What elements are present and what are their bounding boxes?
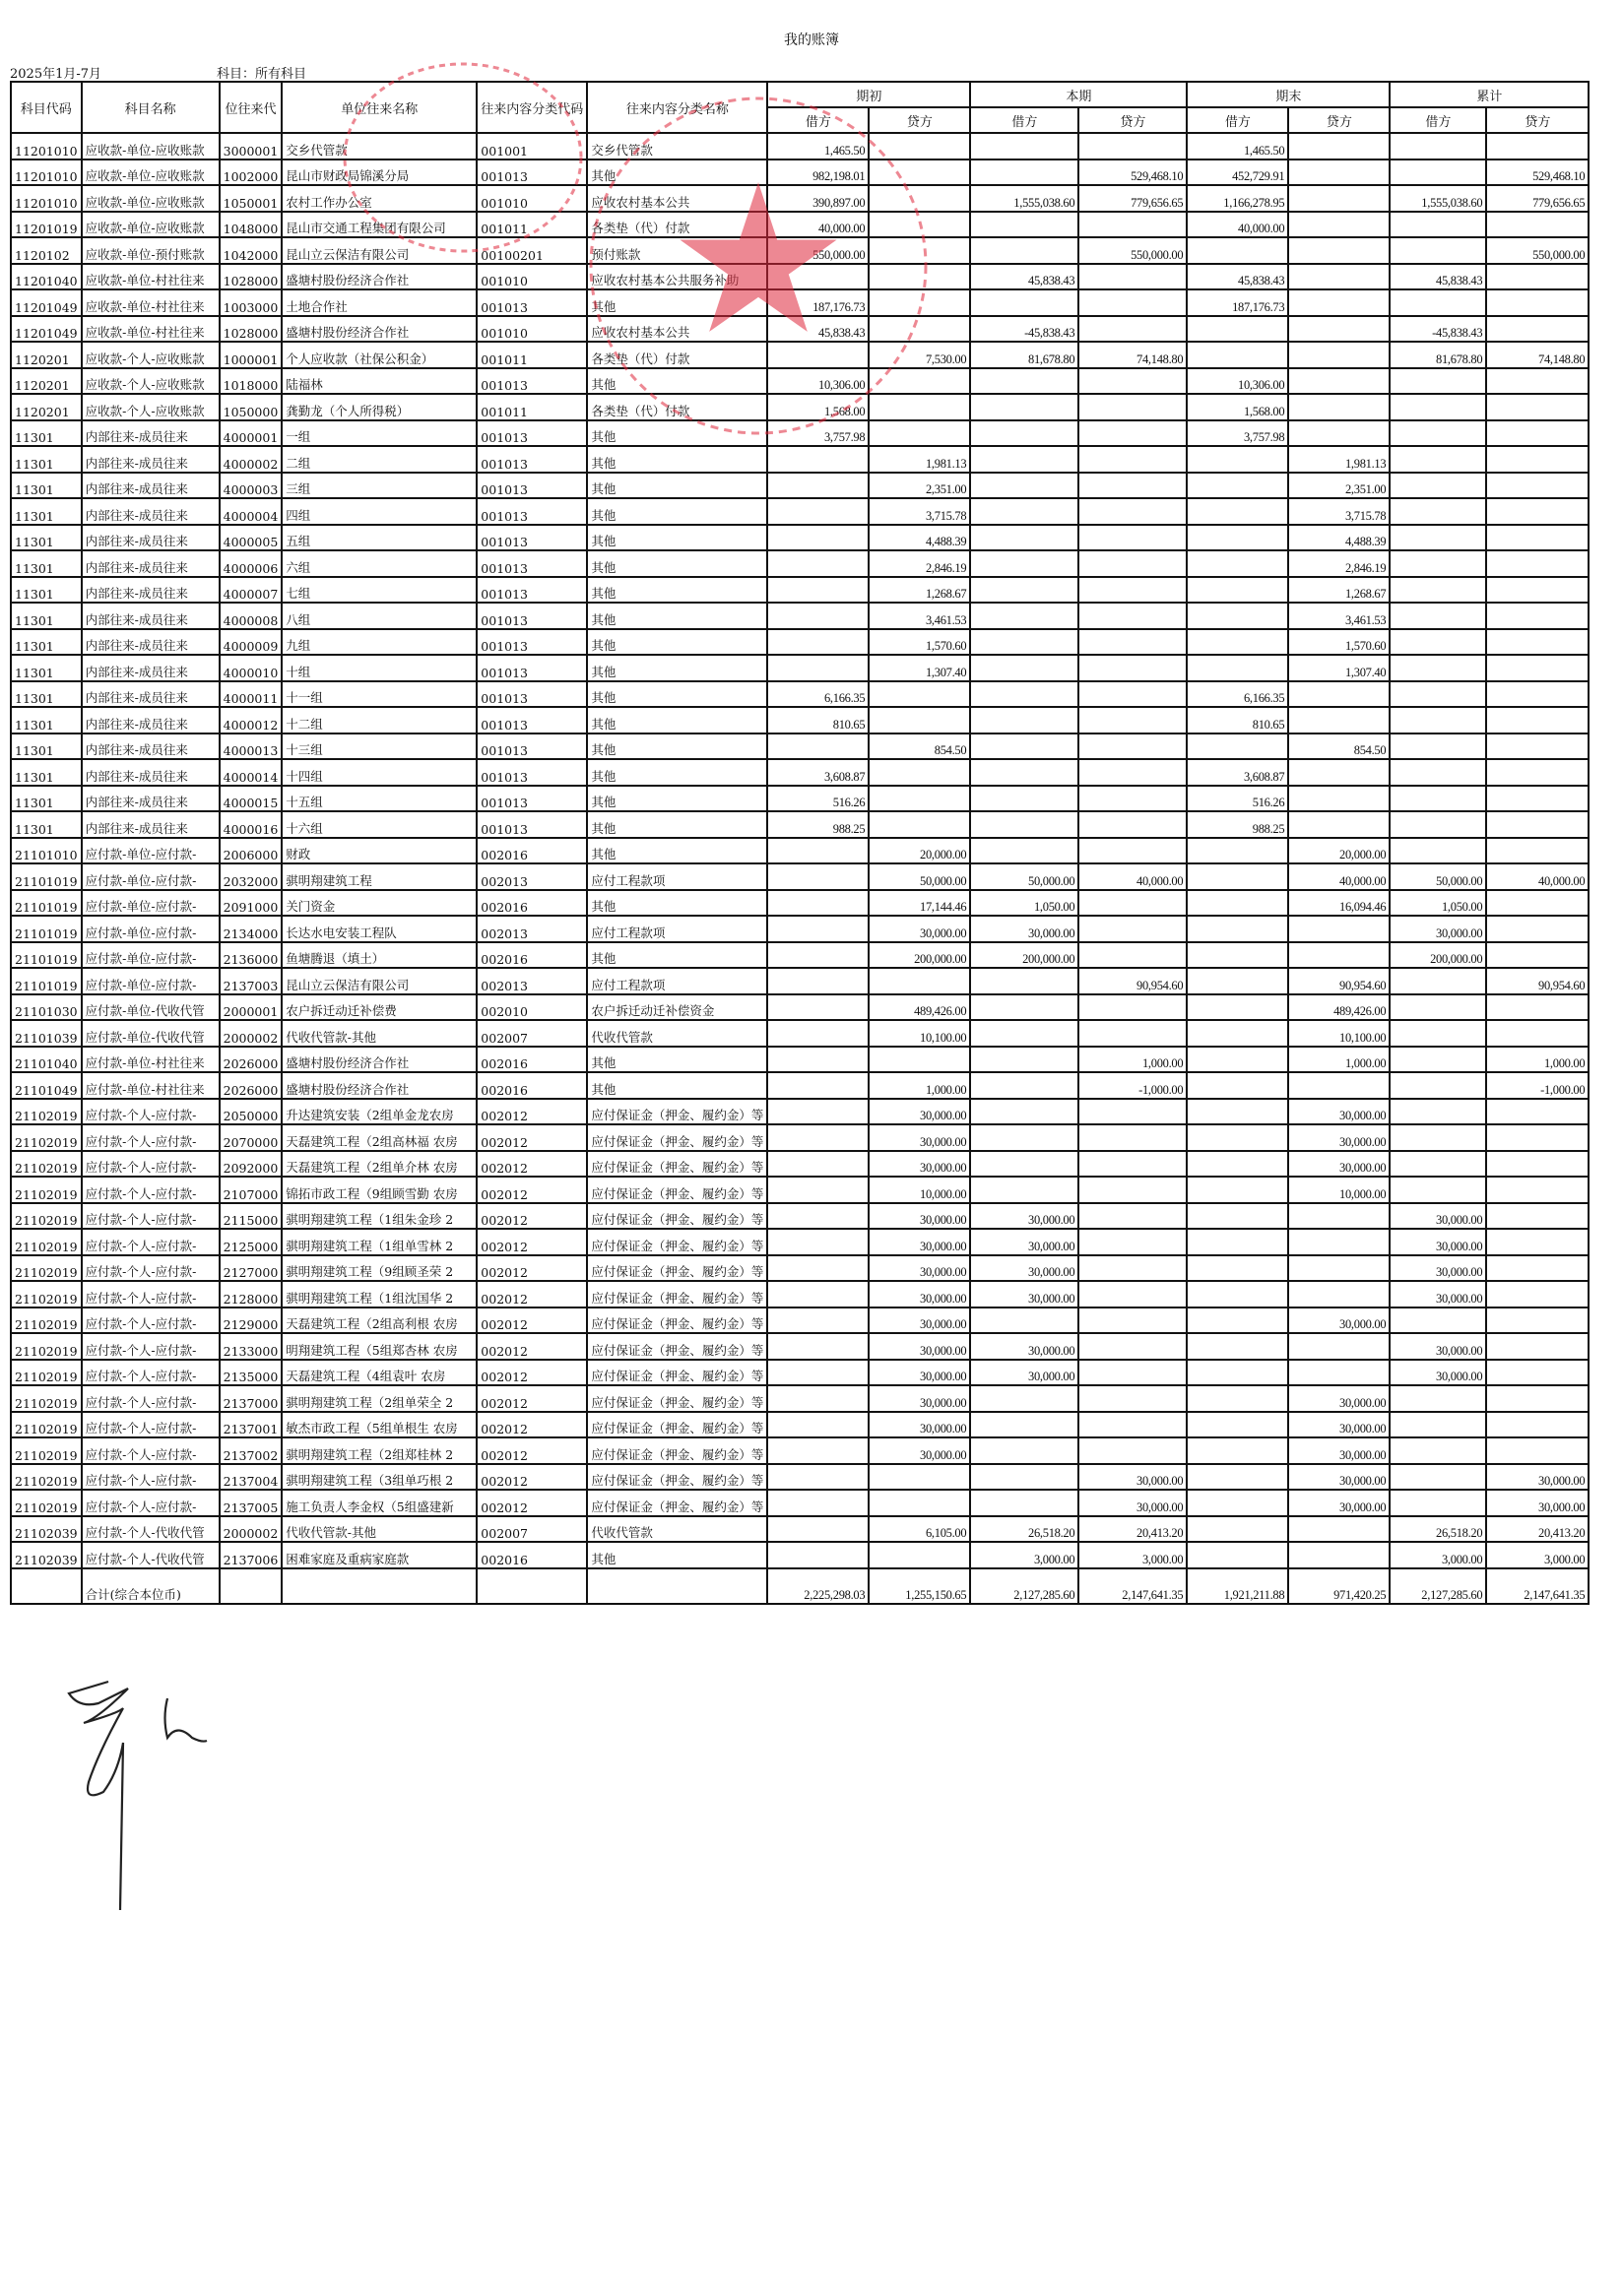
cell-code: 21101010 bbox=[11, 838, 82, 864]
table-row: 21102019应付款-个人-应付款-2137005施工负责人李金权（5组盛建新… bbox=[11, 1490, 1589, 1516]
cell-cat-code: 001013 bbox=[477, 550, 587, 577]
cell-amount bbox=[970, 550, 1078, 577]
cell-amount bbox=[970, 1020, 1078, 1047]
cell-amount: 3,461.53 bbox=[869, 603, 970, 629]
cell-name: 应收款-个人-应收账款 bbox=[82, 368, 220, 395]
cell-amount bbox=[1486, 786, 1589, 812]
cell-unit-name: 明翔建筑工程（5组郑杏林 农房 bbox=[282, 1333, 477, 1360]
cell-amount bbox=[1486, 1124, 1589, 1151]
cell-code: 21102019 bbox=[11, 1281, 82, 1307]
cell-unit-code: 2000002 bbox=[220, 1020, 283, 1047]
cell-cat-name: 其他 bbox=[587, 707, 767, 733]
cell-amount bbox=[1078, 759, 1187, 786]
cell-amount bbox=[1390, 1177, 1486, 1203]
cell-amount bbox=[1078, 1229, 1187, 1255]
cell-amount: 529,468.10 bbox=[1486, 159, 1589, 186]
cell-amount bbox=[970, 1151, 1078, 1178]
table-row: 11201010应收款-单位-应收账款1002000昆山市财政局锦溪分局0010… bbox=[11, 159, 1589, 186]
cell-amount: 74,148.80 bbox=[1078, 342, 1187, 368]
cell-amount bbox=[1486, 994, 1589, 1021]
cell-cat-code: 001013 bbox=[477, 577, 587, 604]
cell-amount bbox=[1288, 1516, 1390, 1543]
cell-amount: 30,000.00 bbox=[1078, 1464, 1187, 1491]
cell-amount bbox=[1078, 473, 1187, 499]
cell-name: 内部往来-成员往来 bbox=[82, 420, 220, 447]
cell-amount bbox=[1078, 733, 1187, 760]
cell-code: 21102019 bbox=[11, 1151, 82, 1178]
cell-cat-code: 001011 bbox=[477, 342, 587, 368]
cell-amount: 30,000.00 bbox=[1390, 1229, 1486, 1255]
cell-amount bbox=[1486, 473, 1589, 499]
cell-cat-name: 其他 bbox=[587, 655, 767, 681]
cell-amount bbox=[1486, 1020, 1589, 1047]
cell-amount bbox=[1187, 1177, 1288, 1203]
cell-amount bbox=[1486, 446, 1589, 473]
cell-amount: 30,000.00 bbox=[1078, 1490, 1187, 1516]
cell-amount bbox=[1486, 212, 1589, 238]
cell-amount bbox=[767, 1360, 869, 1386]
cell-amount bbox=[1486, 1307, 1589, 1334]
cell-unit-code: 1000001 bbox=[220, 342, 283, 368]
cell-cat-name: 其他 bbox=[587, 1542, 767, 1568]
cell-code: 11301 bbox=[11, 786, 82, 812]
cell-code: 21101019 bbox=[11, 863, 82, 890]
cell-amount: 1,000.00 bbox=[1486, 1047, 1589, 1073]
cell-cat-code: 002012 bbox=[477, 1412, 587, 1438]
cell-amount: 30,000.00 bbox=[970, 1255, 1078, 1282]
cell-unit-code: 4000006 bbox=[220, 550, 283, 577]
cell-amount bbox=[1390, 289, 1486, 316]
cell-amount bbox=[1078, 629, 1187, 656]
cell-unit-code: 1050001 bbox=[220, 185, 283, 212]
cell-amount bbox=[1390, 1307, 1486, 1334]
cell-amount bbox=[1288, 1072, 1390, 1099]
cell-name: 应付款-单位-村社往来 bbox=[82, 1047, 220, 1073]
col-code: 科目代码 bbox=[11, 82, 82, 133]
cell-amount: 1,568.00 bbox=[767, 394, 869, 420]
cell-cat-name: 应付保证金（押金、履约金）等 bbox=[587, 1099, 767, 1125]
cell-cat-code: 002016 bbox=[477, 1542, 587, 1568]
cell-code: 11301 bbox=[11, 525, 82, 551]
cell-unit-name: 盛塘村股份经济合作社 bbox=[282, 264, 477, 290]
cell-amount bbox=[1486, 681, 1589, 708]
cell-amount bbox=[970, 707, 1078, 733]
cell-amount bbox=[1078, 1020, 1187, 1047]
cell-amount bbox=[1486, 838, 1589, 864]
cell-amount: 1,307.40 bbox=[869, 655, 970, 681]
cell-code: 11301 bbox=[11, 420, 82, 447]
cell-amount: 30,000.00 bbox=[869, 1281, 970, 1307]
cell-amount: 30,000.00 bbox=[1288, 1412, 1390, 1438]
table-row: 21101019应付款-单位-应付款-2032000骐明翔建筑工程002013应… bbox=[11, 863, 1589, 890]
cell-code: 11301 bbox=[11, 603, 82, 629]
cell-code: 11301 bbox=[11, 681, 82, 708]
cell-name: 内部往来-成员往来 bbox=[82, 577, 220, 604]
cell-unit-code: 1050000 bbox=[220, 394, 283, 420]
cell-amount: 20,413.20 bbox=[1078, 1516, 1187, 1543]
cell-name: 应付款-个人-应付款- bbox=[82, 1412, 220, 1438]
cell-amount: 30,000.00 bbox=[970, 1360, 1078, 1386]
cell-cat-code: 001013 bbox=[477, 473, 587, 499]
cell-cat-code: 001013 bbox=[477, 707, 587, 733]
cell-amount bbox=[767, 473, 869, 499]
cell-name: 内部往来-成员往来 bbox=[82, 759, 220, 786]
cell-amount: 200,000.00 bbox=[970, 942, 1078, 969]
cell-cat-name: 应付保证金（押金、履约金）等 bbox=[587, 1151, 767, 1178]
cell-cat-code: 002016 bbox=[477, 1072, 587, 1099]
cell-amount bbox=[1390, 498, 1486, 525]
cell-amount: 30,000.00 bbox=[869, 1360, 970, 1386]
cell-amount: 982,198.01 bbox=[767, 159, 869, 186]
cell-name: 应付款-个人-应付款- bbox=[82, 1203, 220, 1230]
cell-amount bbox=[767, 1333, 869, 1360]
table-row: 1120102应收款-单位-预付账款1042000昆山立云保洁有限公司00100… bbox=[11, 237, 1589, 264]
cell-amount: 529,468.10 bbox=[1078, 159, 1187, 186]
cell-amount bbox=[1288, 1203, 1390, 1230]
cell-cat-name: 应付保证金（押金、履约金）等 bbox=[587, 1385, 767, 1412]
cell-cat-name: 各类垫（代）付款 bbox=[587, 212, 767, 238]
cell-amount bbox=[767, 1542, 869, 1568]
cell-amount: 779,656.65 bbox=[1486, 185, 1589, 212]
cell-amount bbox=[1288, 681, 1390, 708]
table-row: 11201010应收款-单位-应收账款1050001农村工作办公室001010应… bbox=[11, 185, 1589, 212]
cell-amount bbox=[1078, 603, 1187, 629]
cell-amount bbox=[1078, 1360, 1187, 1386]
cell-code: 21101049 bbox=[11, 1072, 82, 1099]
cell-amount bbox=[1288, 916, 1390, 942]
cell-unit-code: 2115000 bbox=[220, 1203, 283, 1230]
cell-amount bbox=[767, 968, 869, 994]
total-empty-cell bbox=[477, 1568, 587, 1604]
cell-unit-code: 2137005 bbox=[220, 1490, 283, 1516]
cell-amount bbox=[767, 1464, 869, 1491]
period-label: 2025年1月-7月 bbox=[10, 63, 101, 82]
cell-unit-code: 2000001 bbox=[220, 994, 283, 1021]
cell-unit-code: 1018000 bbox=[220, 368, 283, 395]
cell-cat-name: 其他 bbox=[587, 420, 767, 447]
cell-amount bbox=[1486, 550, 1589, 577]
table-row: 21102019应付款-个人-应付款-2137000骐明翔建筑工程（2组单荣全 … bbox=[11, 1385, 1589, 1412]
cell-amount: 10,100.00 bbox=[1288, 1020, 1390, 1047]
cell-amount bbox=[1390, 1385, 1486, 1412]
cell-amount: 40,000.00 bbox=[1288, 863, 1390, 890]
cell-amount bbox=[1187, 1203, 1288, 1230]
cell-amount bbox=[1390, 446, 1486, 473]
cell-amount: 40,000.00 bbox=[1486, 863, 1589, 890]
cell-cat-code: 002012 bbox=[477, 1437, 587, 1464]
cell-amount bbox=[1486, 707, 1589, 733]
cell-amount bbox=[1288, 1542, 1390, 1568]
cell-unit-code: 4000004 bbox=[220, 498, 283, 525]
cell-amount bbox=[1486, 916, 1589, 942]
cell-amount bbox=[869, 316, 970, 343]
table-row: 1120201应收款-个人-应收账款1000001个人应收款（社保公积金）001… bbox=[11, 342, 1589, 368]
cell-amount bbox=[1078, 786, 1187, 812]
cell-amount bbox=[1486, 1151, 1589, 1178]
cell-amount: 988.25 bbox=[1187, 811, 1288, 838]
cell-cat-name: 其他 bbox=[587, 603, 767, 629]
cell-amount bbox=[970, 603, 1078, 629]
cell-amount bbox=[1486, 394, 1589, 420]
cell-amount bbox=[1486, 498, 1589, 525]
cell-amount: 489,426.00 bbox=[869, 994, 970, 1021]
cell-unit-name: 盛塘村股份经济合作社 bbox=[282, 1047, 477, 1073]
cell-name: 内部往来-成员往来 bbox=[82, 446, 220, 473]
cell-cat-code: 002012 bbox=[477, 1464, 587, 1491]
col-credit: 贷方 bbox=[1486, 107, 1589, 133]
cell-amount: 516.26 bbox=[767, 786, 869, 812]
cell-amount bbox=[869, 1047, 970, 1073]
cell-amount bbox=[1187, 994, 1288, 1021]
cell-amount bbox=[1078, 681, 1187, 708]
cell-amount bbox=[1390, 159, 1486, 186]
cell-amount: 2,846.19 bbox=[1288, 550, 1390, 577]
cell-code: 21102019 bbox=[11, 1099, 82, 1125]
cell-amount bbox=[970, 1099, 1078, 1125]
cell-code: 11301 bbox=[11, 498, 82, 525]
cell-amount: 4,488.39 bbox=[1288, 525, 1390, 551]
cell-code: 11201010 bbox=[11, 133, 82, 159]
cell-amount bbox=[1187, 1072, 1288, 1099]
cell-amount bbox=[767, 655, 869, 681]
cell-amount bbox=[1390, 577, 1486, 604]
cell-amount bbox=[869, 394, 970, 420]
cell-amount bbox=[869, 759, 970, 786]
cell-amount bbox=[1187, 237, 1288, 264]
col-unit-code: 位往来代 bbox=[220, 82, 283, 133]
cell-name: 应付款-个人-应付款- bbox=[82, 1490, 220, 1516]
cell-code: 21101039 bbox=[11, 1020, 82, 1047]
cell-amount bbox=[1390, 1490, 1486, 1516]
cell-unit-name: 敏杰市政工程（5组单根生 农房 bbox=[282, 1412, 477, 1438]
cell-amount bbox=[1288, 759, 1390, 786]
cell-amount: 30,000.00 bbox=[869, 1229, 970, 1255]
cell-cat-code: 001013 bbox=[477, 681, 587, 708]
cell-amount bbox=[1486, 577, 1589, 604]
cell-cat-name: 其他 bbox=[587, 759, 767, 786]
cell-cat-code: 002013 bbox=[477, 968, 587, 994]
cell-code: 21102019 bbox=[11, 1124, 82, 1151]
cell-amount bbox=[1288, 707, 1390, 733]
cell-unit-code: 2134000 bbox=[220, 916, 283, 942]
cell-amount bbox=[970, 1464, 1078, 1491]
cell-unit-code: 4000012 bbox=[220, 707, 283, 733]
cell-amount bbox=[1187, 1412, 1288, 1438]
cell-amount: 45,838.43 bbox=[970, 264, 1078, 290]
cell-unit-code: 2070000 bbox=[220, 1124, 283, 1151]
cell-amount bbox=[1288, 1229, 1390, 1255]
cell-unit-name: 施工负责人李金权（5组盛建新 bbox=[282, 1490, 477, 1516]
cell-amount bbox=[1187, 863, 1288, 890]
cell-amount: 200,000.00 bbox=[869, 942, 970, 969]
total-amount: 1,921,211.88 bbox=[1187, 1568, 1288, 1604]
cell-amount bbox=[767, 890, 869, 917]
cell-unit-code: 4000005 bbox=[220, 525, 283, 551]
cell-amount bbox=[1078, 1437, 1187, 1464]
cell-amount bbox=[1187, 1151, 1288, 1178]
cell-amount bbox=[1288, 159, 1390, 186]
cell-name: 应付款-单位-代收代管 bbox=[82, 1020, 220, 1047]
total-amount: 1,255,150.65 bbox=[869, 1568, 970, 1604]
cell-amount bbox=[1486, 420, 1589, 447]
cell-amount bbox=[1078, 838, 1187, 864]
cell-code: 11301 bbox=[11, 550, 82, 577]
cell-amount: 30,000.00 bbox=[970, 1333, 1078, 1360]
cell-unit-name: 十组 bbox=[282, 655, 477, 681]
table-row: 11201019应收款-单位-应收账款1048000昆山市交通工程集团有限公司0… bbox=[11, 212, 1589, 238]
cell-amount bbox=[970, 786, 1078, 812]
cell-name: 应收款-单位-预付账款 bbox=[82, 237, 220, 264]
cell-amount: 1,000.00 bbox=[1288, 1047, 1390, 1073]
cell-amount: 30,000.00 bbox=[869, 1333, 970, 1360]
cell-amount bbox=[970, 1385, 1078, 1412]
total-amount: 2,127,285.60 bbox=[1390, 1568, 1486, 1604]
cell-amount bbox=[767, 838, 869, 864]
cell-code: 21102039 bbox=[11, 1516, 82, 1543]
cell-amount: 45,838.43 bbox=[1187, 264, 1288, 290]
table-row: 21102019应付款-个人-应付款-2133000明翔建筑工程（5组郑杏林 农… bbox=[11, 1333, 1589, 1360]
total-amount: 2,147,641.35 bbox=[1078, 1568, 1187, 1604]
cell-amount bbox=[1486, 811, 1589, 838]
cell-amount bbox=[869, 968, 970, 994]
table-row: 21102019应付款-个人-应付款-2137001敏杰市政工程（5组单根生 农… bbox=[11, 1412, 1589, 1438]
cell-unit-code: 4000014 bbox=[220, 759, 283, 786]
cell-cat-name: 其他 bbox=[587, 525, 767, 551]
cell-amount bbox=[1486, 1255, 1589, 1282]
col-debit: 借方 bbox=[767, 107, 869, 133]
cell-code: 11201010 bbox=[11, 159, 82, 186]
cell-amount bbox=[869, 811, 970, 838]
cell-amount: 30,000.00 bbox=[1486, 1490, 1589, 1516]
cell-amount bbox=[767, 994, 869, 1021]
cell-unit-code: 2032000 bbox=[220, 863, 283, 890]
cell-cat-name: 农户拆迁动迁补偿资金 bbox=[587, 994, 767, 1021]
cell-code: 11301 bbox=[11, 811, 82, 838]
cell-cat-name: 应付保证金（押金、履约金）等 bbox=[587, 1281, 767, 1307]
cell-name: 应收款-单位-村社往来 bbox=[82, 289, 220, 316]
cell-unit-code: 2000002 bbox=[220, 1516, 283, 1543]
cell-amount: -45,838.43 bbox=[1390, 316, 1486, 343]
cell-amount bbox=[869, 1490, 970, 1516]
cell-amount bbox=[1390, 603, 1486, 629]
cell-amount bbox=[1187, 1385, 1288, 1412]
cell-code: 21102019 bbox=[11, 1203, 82, 1230]
cell-amount bbox=[1078, 994, 1187, 1021]
cell-unit-name: 锦拓市政工程（9组顾雪勤 农房 bbox=[282, 1177, 477, 1203]
cell-amount: 20,000.00 bbox=[1288, 838, 1390, 864]
cell-amount: 988.25 bbox=[767, 811, 869, 838]
cell-cat-code: 001013 bbox=[477, 733, 587, 760]
cell-cat-code: 001013 bbox=[477, 759, 587, 786]
cell-amount: 30,000.00 bbox=[1390, 916, 1486, 942]
group-cumulative: 累计 bbox=[1390, 82, 1589, 107]
cell-amount bbox=[767, 863, 869, 890]
cell-code: 11201040 bbox=[11, 264, 82, 290]
cell-cat-name: 其他 bbox=[587, 786, 767, 812]
table-row: 11301内部往来-成员往来4000010十组001013其他1,307.401… bbox=[11, 655, 1589, 681]
cell-amount: 516.26 bbox=[1187, 786, 1288, 812]
cell-amount bbox=[869, 212, 970, 238]
cell-name: 应付款-个人-应付款- bbox=[82, 1151, 220, 1178]
cell-unit-name: 天磊建筑工程（4组袁叶 农房 bbox=[282, 1360, 477, 1386]
cell-amount bbox=[970, 629, 1078, 656]
cell-amount: 30,000.00 bbox=[869, 1385, 970, 1412]
cell-amount: 10,306.00 bbox=[767, 368, 869, 395]
cell-name: 应付款-个人-应付款- bbox=[82, 1333, 220, 1360]
cell-cat-code: 001013 bbox=[477, 786, 587, 812]
cell-code: 21102019 bbox=[11, 1307, 82, 1334]
cell-name: 应付款-单位-应付款- bbox=[82, 890, 220, 917]
table-row: 21102019应付款-个人-应付款-2115000骐明翔建筑工程（1组朱金珍 … bbox=[11, 1203, 1589, 1230]
cell-amount bbox=[970, 811, 1078, 838]
cell-amount bbox=[1486, 289, 1589, 316]
cell-amount: 2,351.00 bbox=[869, 473, 970, 499]
cell-amount bbox=[869, 1464, 970, 1491]
total-empty-cell bbox=[587, 1568, 767, 1604]
cell-amount bbox=[1390, 629, 1486, 656]
cell-cat-code: 002016 bbox=[477, 890, 587, 917]
cell-cat-code: 002016 bbox=[477, 838, 587, 864]
table-row: 11301内部往来-成员往来4000013十三组001013其他854.5085… bbox=[11, 733, 1589, 760]
cell-amount: 3,757.98 bbox=[1187, 420, 1288, 447]
table-row: 21102019应付款-个人-应付款-2135000天磊建筑工程（4组袁叶 农房… bbox=[11, 1360, 1589, 1386]
cell-amount: 1,307.40 bbox=[1288, 655, 1390, 681]
cell-amount bbox=[1390, 811, 1486, 838]
cell-amount bbox=[1390, 473, 1486, 499]
table-row: 21101040应付款-单位-村社往来2026000盛塘村股份经济合作社0020… bbox=[11, 1047, 1589, 1073]
cell-name: 应付款-个人-代收代管 bbox=[82, 1516, 220, 1543]
cell-amount bbox=[1187, 1542, 1288, 1568]
cell-amount bbox=[1187, 838, 1288, 864]
cell-name: 应收款-单位-村社往来 bbox=[82, 316, 220, 343]
cell-cat-name: 应付工程款项 bbox=[587, 863, 767, 890]
table-row: 11301内部往来-成员往来4000011十一组001013其他6,166.35… bbox=[11, 681, 1589, 708]
cell-amount bbox=[970, 759, 1078, 786]
cell-cat-name: 预付账款 bbox=[587, 237, 767, 264]
cell-amount bbox=[1187, 1124, 1288, 1151]
cell-unit-name: 盛塘村股份经济合作社 bbox=[282, 1072, 477, 1099]
cell-amount: 1,050.00 bbox=[970, 890, 1078, 917]
cell-amount: 779,656.65 bbox=[1078, 185, 1187, 212]
cell-amount bbox=[970, 289, 1078, 316]
cell-unit-name: 十三组 bbox=[282, 733, 477, 760]
cell-code: 11301 bbox=[11, 707, 82, 733]
cell-cat-code: 001013 bbox=[477, 498, 587, 525]
cell-code: 21102019 bbox=[11, 1333, 82, 1360]
cell-cat-name: 应付保证金（押金、履约金）等 bbox=[587, 1464, 767, 1491]
cell-amount: 10,100.00 bbox=[869, 1020, 970, 1047]
cell-cat-name: 其他 bbox=[587, 159, 767, 186]
cell-unit-name: 财政 bbox=[282, 838, 477, 864]
cell-amount: 3,757.98 bbox=[767, 420, 869, 447]
table-row: 21101019应付款-单位-应付款-2136000鱼塘腾退（填土）002016… bbox=[11, 942, 1589, 969]
total-empty-cell bbox=[220, 1568, 283, 1604]
cell-amount: -1,000.00 bbox=[1486, 1072, 1589, 1099]
cell-amount bbox=[1078, 1281, 1187, 1307]
cell-cat-name: 其他 bbox=[587, 550, 767, 577]
cell-amount bbox=[869, 681, 970, 708]
cell-name: 应付款-个人-应付款- bbox=[82, 1124, 220, 1151]
cell-amount: 3,461.53 bbox=[1288, 603, 1390, 629]
total-amount: 2,147,641.35 bbox=[1486, 1568, 1589, 1604]
cell-name: 应付款-个人-应付款- bbox=[82, 1307, 220, 1334]
cell-cat-code: 002012 bbox=[477, 1360, 587, 1386]
cell-amount: 90,954.60 bbox=[1078, 968, 1187, 994]
cell-amount: 550,000.00 bbox=[1486, 237, 1589, 264]
cell-amount bbox=[1078, 942, 1187, 969]
cell-amount bbox=[970, 237, 1078, 264]
cell-amount bbox=[1486, 264, 1589, 290]
